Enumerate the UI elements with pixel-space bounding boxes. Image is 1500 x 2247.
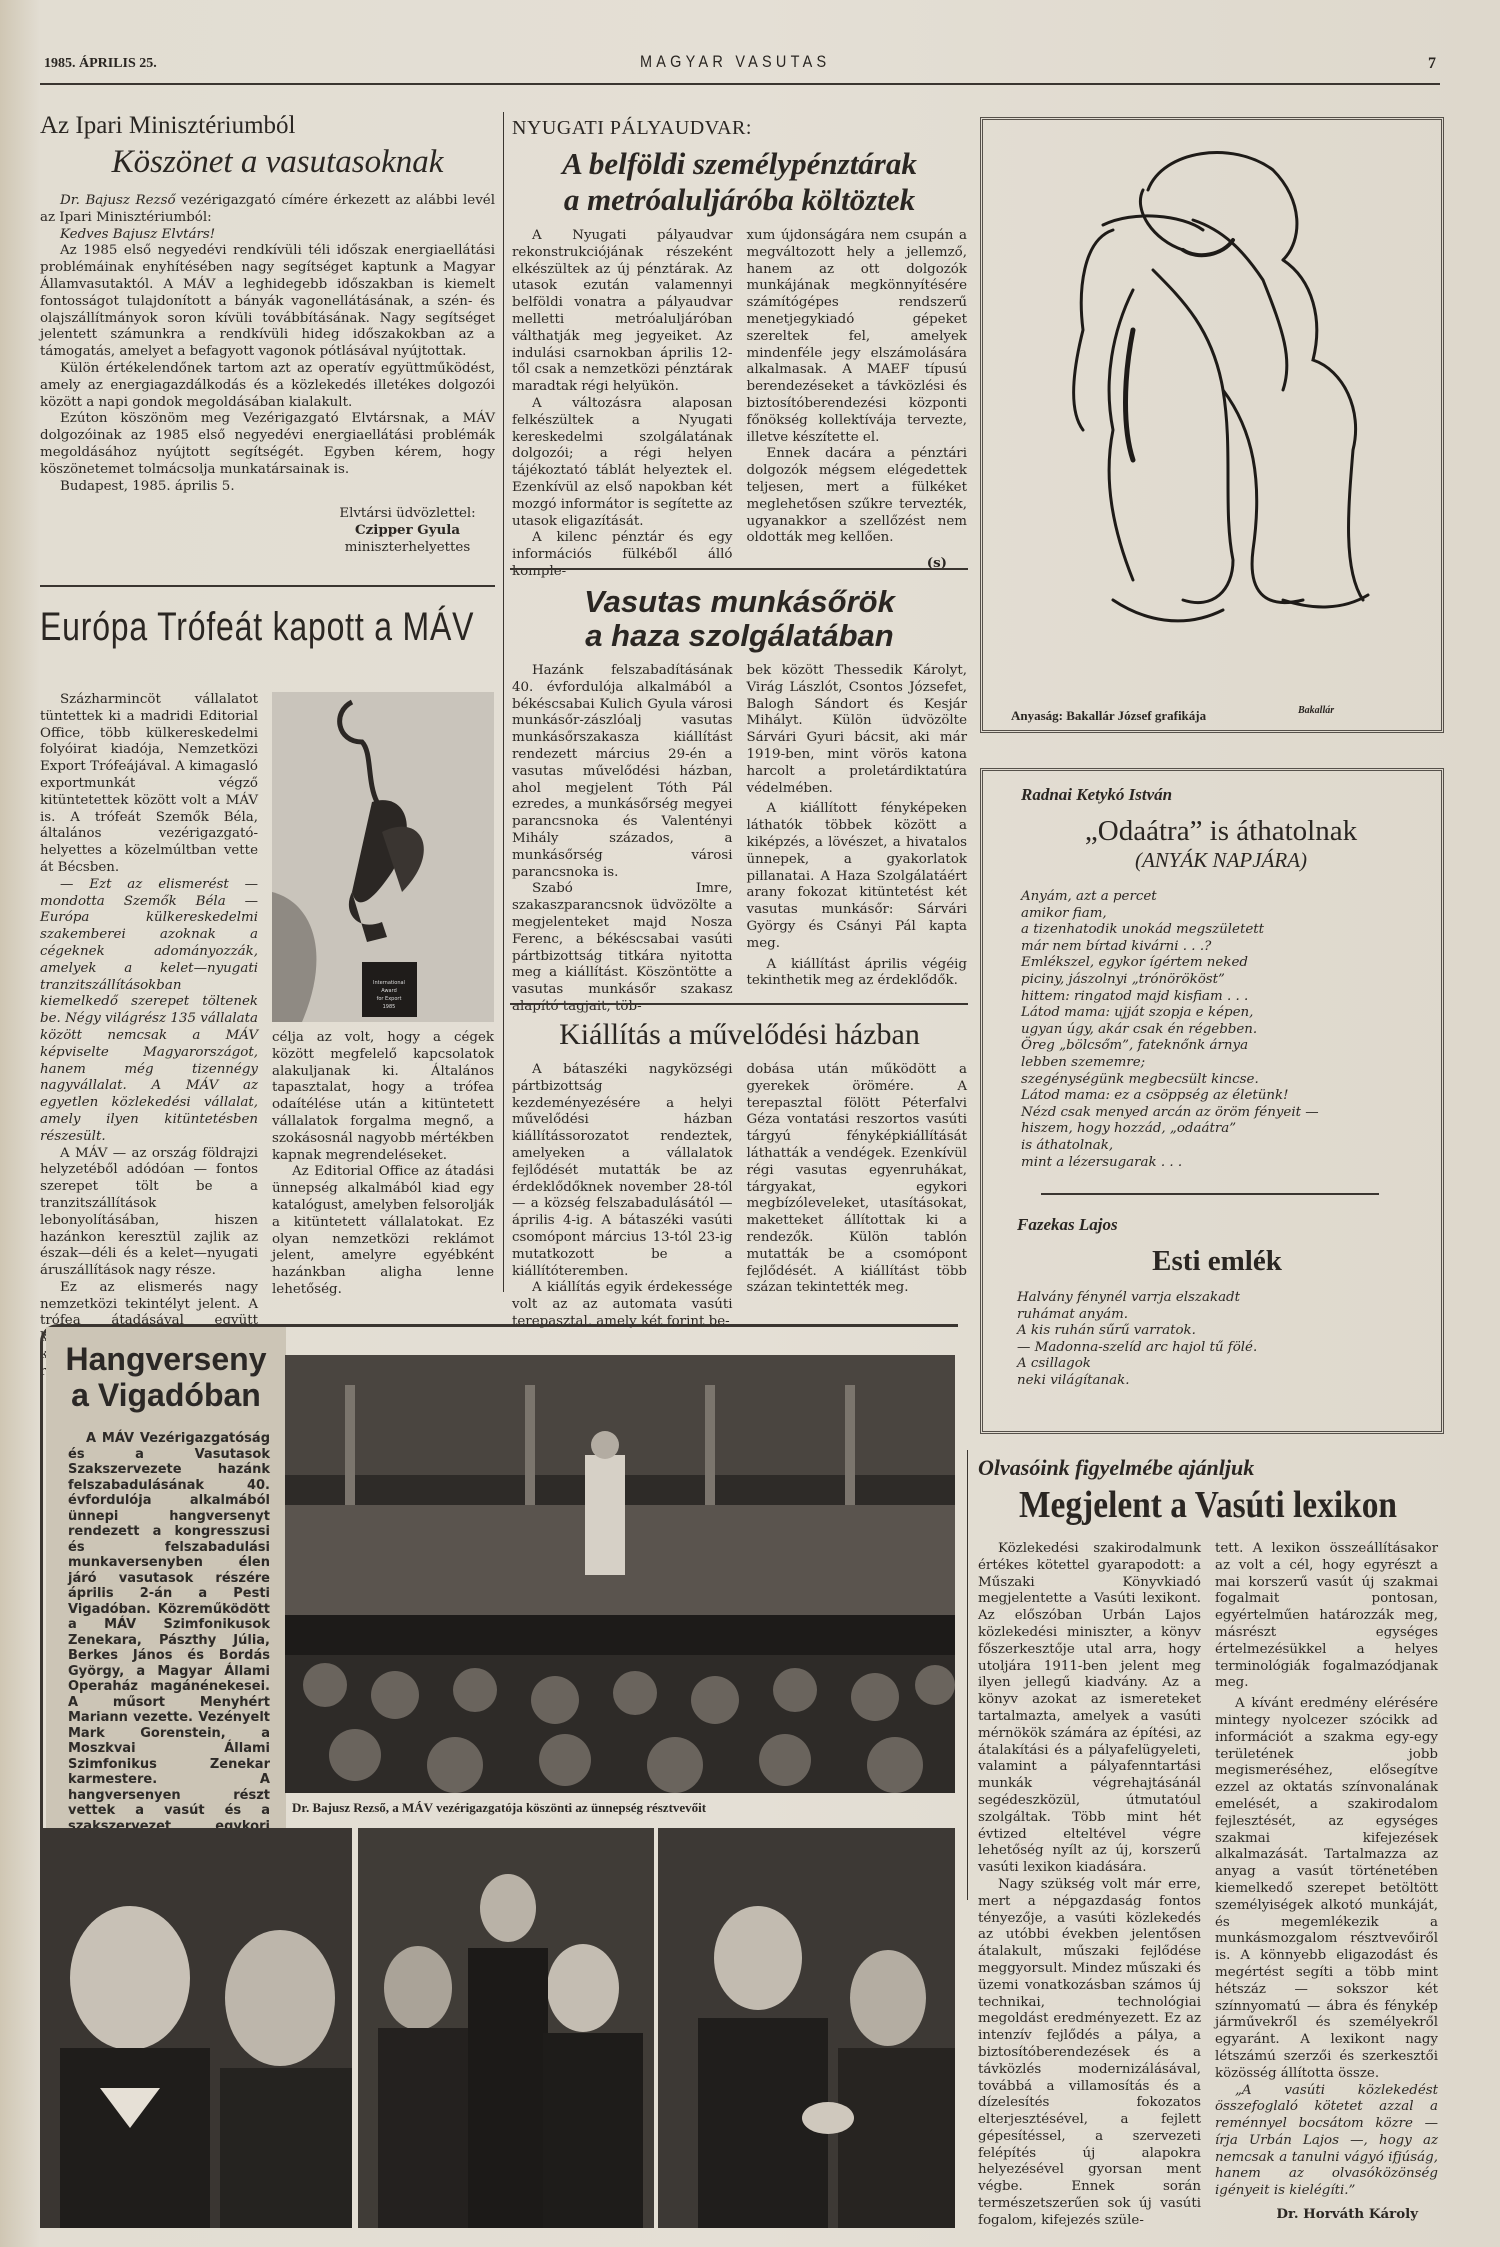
- publication-title: MAGYAR VASUTAS: [640, 52, 830, 72]
- greeting-photo-1: [40, 1828, 352, 2228]
- poem-text: Halvány fénynél varrja elszakadt ruhámat…: [1017, 1290, 1417, 1390]
- paragraph: A kilenc pénztár és egy információs fülk…: [512, 530, 733, 580]
- paragraph: Az Editorial Office az átadási ünnepség …: [272, 1164, 494, 1298]
- svg-text:Award: Award: [381, 988, 397, 994]
- handshake-image: [658, 1828, 955, 2228]
- poem-author: Fazekas Lajos: [1017, 1215, 1417, 1235]
- article-ministry: Az Ipari Minisztériumból Köszönet a vasu…: [40, 112, 495, 556]
- paragraph: A MÁV Vezérigazgatóság és a Vasutasok Sz…: [68, 1431, 270, 1896]
- paragraph: A kiállítást április végéig tekinthetik …: [747, 957, 968, 991]
- artist-signature: Bakallár: [1298, 705, 1334, 716]
- section-rule: [510, 568, 968, 570]
- article-title: Kiállítás a művelődési házban: [512, 1018, 967, 1052]
- europa-col2: célja az volt, hogy a cégek között megfe…: [272, 1030, 494, 1299]
- issue-date: 1985. ÁPRILIS 25.: [44, 56, 157, 72]
- article-title: Európa Trófeát kapott a MÁV: [40, 605, 404, 650]
- article-title: A belföldi személypénztárak a metróalulj…: [512, 146, 967, 218]
- trophy-photo: International Award for Export 1985: [272, 692, 494, 1022]
- paragraph: A változásra alaposan felkészültek a Nyu…: [512, 396, 733, 530]
- section-rule: [510, 1003, 968, 1005]
- column-rule: [967, 1450, 968, 1900]
- article-munkasor: Vasutas munkásőrök a haza szolgálatában …: [512, 585, 967, 1016]
- article-kicker: NYUGATI PÁLYAUDVAR:: [512, 117, 967, 140]
- concert-hall-image: [285, 1355, 955, 1793]
- greeting-photo-2: [358, 1828, 654, 2228]
- photo-caption: Dr. Bajusz Rezső, a MÁV vezérigazgatója …: [292, 1800, 706, 1816]
- article-europa: Európa Trófeát kapott a MÁV: [40, 605, 495, 650]
- salutation: Kedves Bajusz Elvtárs!: [40, 227, 495, 244]
- hangverseny-textbox: Hangverseny a Vigadóban A MÁV Vezérigazg…: [46, 1327, 286, 1832]
- paragraph: Százharmincöt vállalatot tüntettek ki a …: [40, 692, 258, 877]
- paragraph: tett. A lexikon összeállításakor az volt…: [1215, 1541, 1438, 1692]
- paragraph: A bátaszéki nagyközségi pártbizottság ke…: [512, 1062, 733, 1280]
- paragraph: Ennek dacára a pénztári dolgozók mégsem …: [747, 446, 968, 547]
- section-rule: [40, 585, 495, 587]
- signer-title: miniszterhelyettes: [320, 539, 495, 556]
- paragraph: Szabó Imre, szakaszparancsnok üdvözölte …: [512, 881, 733, 1015]
- page-number: 7: [1428, 55, 1436, 73]
- poem-text: Anyám, azt a percet amikor fiam, a tizen…: [1021, 889, 1421, 1171]
- group-men-image: [358, 1828, 654, 2228]
- article-nyugati: NYUGATI PÁLYAUDVAR: A belföldi személypé…: [512, 117, 967, 581]
- article-title: Vasutas munkásőrök a haza szolgálatában: [512, 585, 967, 653]
- article-title: Hangverseny a Vigadóban: [46, 1341, 286, 1413]
- title-line: A belföldi személypénztárak: [512, 146, 967, 182]
- mother-child-drawing: [983, 130, 1441, 690]
- article-kicker: Olvasóink figyelmébe ajánljuk: [978, 1455, 1438, 1481]
- title-line: Vasutas munkásőrök: [512, 585, 967, 619]
- trophy-icon: International Award for Export 1985: [272, 692, 494, 1022]
- article-kiallitas: Kiállítás a művelődési házban A bátaszék…: [512, 1018, 967, 1331]
- header-rule: [40, 83, 1440, 85]
- closing: Elvtársi üdvözlettel:: [320, 505, 495, 522]
- artwork-frame: Anyaság: Bakallár József grafikája Bakal…: [980, 117, 1444, 733]
- paragraph: bek között Thessedik Károlyt, Virág Lász…: [747, 663, 968, 797]
- svg-text:1985: 1985: [383, 1004, 396, 1010]
- paragraph: — Ezt az elismerést — mondotta Szemők Bé…: [40, 877, 258, 1146]
- paragraph: Nagy szükség volt már erre, mert a népga…: [978, 1877, 1201, 2230]
- paragraph: A kívánt eredmény elérésére mintegy nyol…: [1215, 1696, 1438, 2082]
- signer-name: Czipper Gyula: [320, 522, 495, 539]
- intro-name: Dr. Bajusz Rezső: [60, 193, 176, 208]
- article-title: Megjelent a Vasúti lexikon: [1006, 1483, 1411, 1527]
- paragraph: Közlekedési szakirodalmunk értékes kötet…: [978, 1541, 1201, 1877]
- svg-text:International: International: [373, 980, 405, 986]
- poem-divider: [1041, 1193, 1379, 1195]
- europa-col1: Százharmincöt vállalatot tüntettek ki a …: [40, 692, 258, 1381]
- quote: „A vasúti közlekedést összefoglaló kötet…: [1215, 2083, 1438, 2201]
- title-line: Hangverseny: [46, 1341, 286, 1377]
- article-lexikon: Olvasóink figyelmébe ajánljuk Megjelent …: [978, 1455, 1438, 2230]
- poem-odaatra: Radnai Ketykó István „Odaátra” is áthato…: [1021, 785, 1421, 1171]
- poem-title: „Odaátra” is áthatolnak: [1021, 815, 1421, 848]
- paragraph: Hazánk felszabadításának 40. évfordulója…: [512, 663, 733, 881]
- article-kicker: Az Ipari Minisztériumból: [40, 112, 495, 140]
- paragraph: A MÁV — az ország földrajzi helyzetéből …: [40, 1146, 258, 1280]
- paragraph: A Nyugati pályaudvar rekonstrukciójának …: [512, 228, 733, 396]
- concert-photo: [285, 1355, 955, 1793]
- greeting-photo-3: [658, 1828, 955, 2228]
- poem-author: Radnai Ketykó István: [1021, 785, 1421, 805]
- poem-subtitle: (ANYÁK NAPJÁRA): [1021, 848, 1421, 873]
- paragraph: dobása után működött a gyerekek örömére.…: [747, 1062, 968, 1297]
- dateline: Budapest, 1985. április 5.: [40, 479, 495, 496]
- title-line: a Vigadóban: [46, 1377, 286, 1413]
- paragraph: A kiállított fényképeken láthatók többek…: [747, 801, 968, 952]
- paragraph: xum újdonságára nem csupán a megváltozot…: [747, 228, 968, 446]
- two-men-greeting-image: [40, 1828, 352, 2228]
- title-line: a haza szolgálatában: [512, 619, 967, 653]
- paragraph: Külön értékelendőnek tartom azt az opera…: [40, 361, 495, 411]
- article-title: Köszönet a vasutasoknak: [60, 144, 495, 181]
- svg-text:for Export: for Export: [377, 996, 402, 1002]
- title-line: a metróaluljáróba költöztek: [512, 182, 967, 218]
- artwork-caption: Anyaság: Bakallár József grafikája: [1011, 708, 1206, 724]
- poem-title: Esti emlék: [1017, 1245, 1417, 1278]
- paragraph: célja az volt, hogy a cégek között megfe…: [272, 1030, 494, 1164]
- poem-esti-emlek: Fazekas Lajos Esti emlék Halvány fénynél…: [1017, 1215, 1417, 1390]
- poems-frame: Radnai Ketykó István „Odaátra” is áthato…: [980, 768, 1444, 1434]
- newspaper-page: 1985. ÁPRILIS 25. MAGYAR VASUTAS 7 Az Ip…: [0, 0, 1500, 2247]
- paragraph: Ezúton köszönöm meg Vezérigazgató Elvtár…: [40, 411, 495, 478]
- paragraph: Az 1985 első negyedévi rendkívüli téli i…: [40, 243, 495, 361]
- column-rule: [503, 112, 504, 1292]
- article-author: Dr. Horváth Károly: [1215, 2206, 1418, 2223]
